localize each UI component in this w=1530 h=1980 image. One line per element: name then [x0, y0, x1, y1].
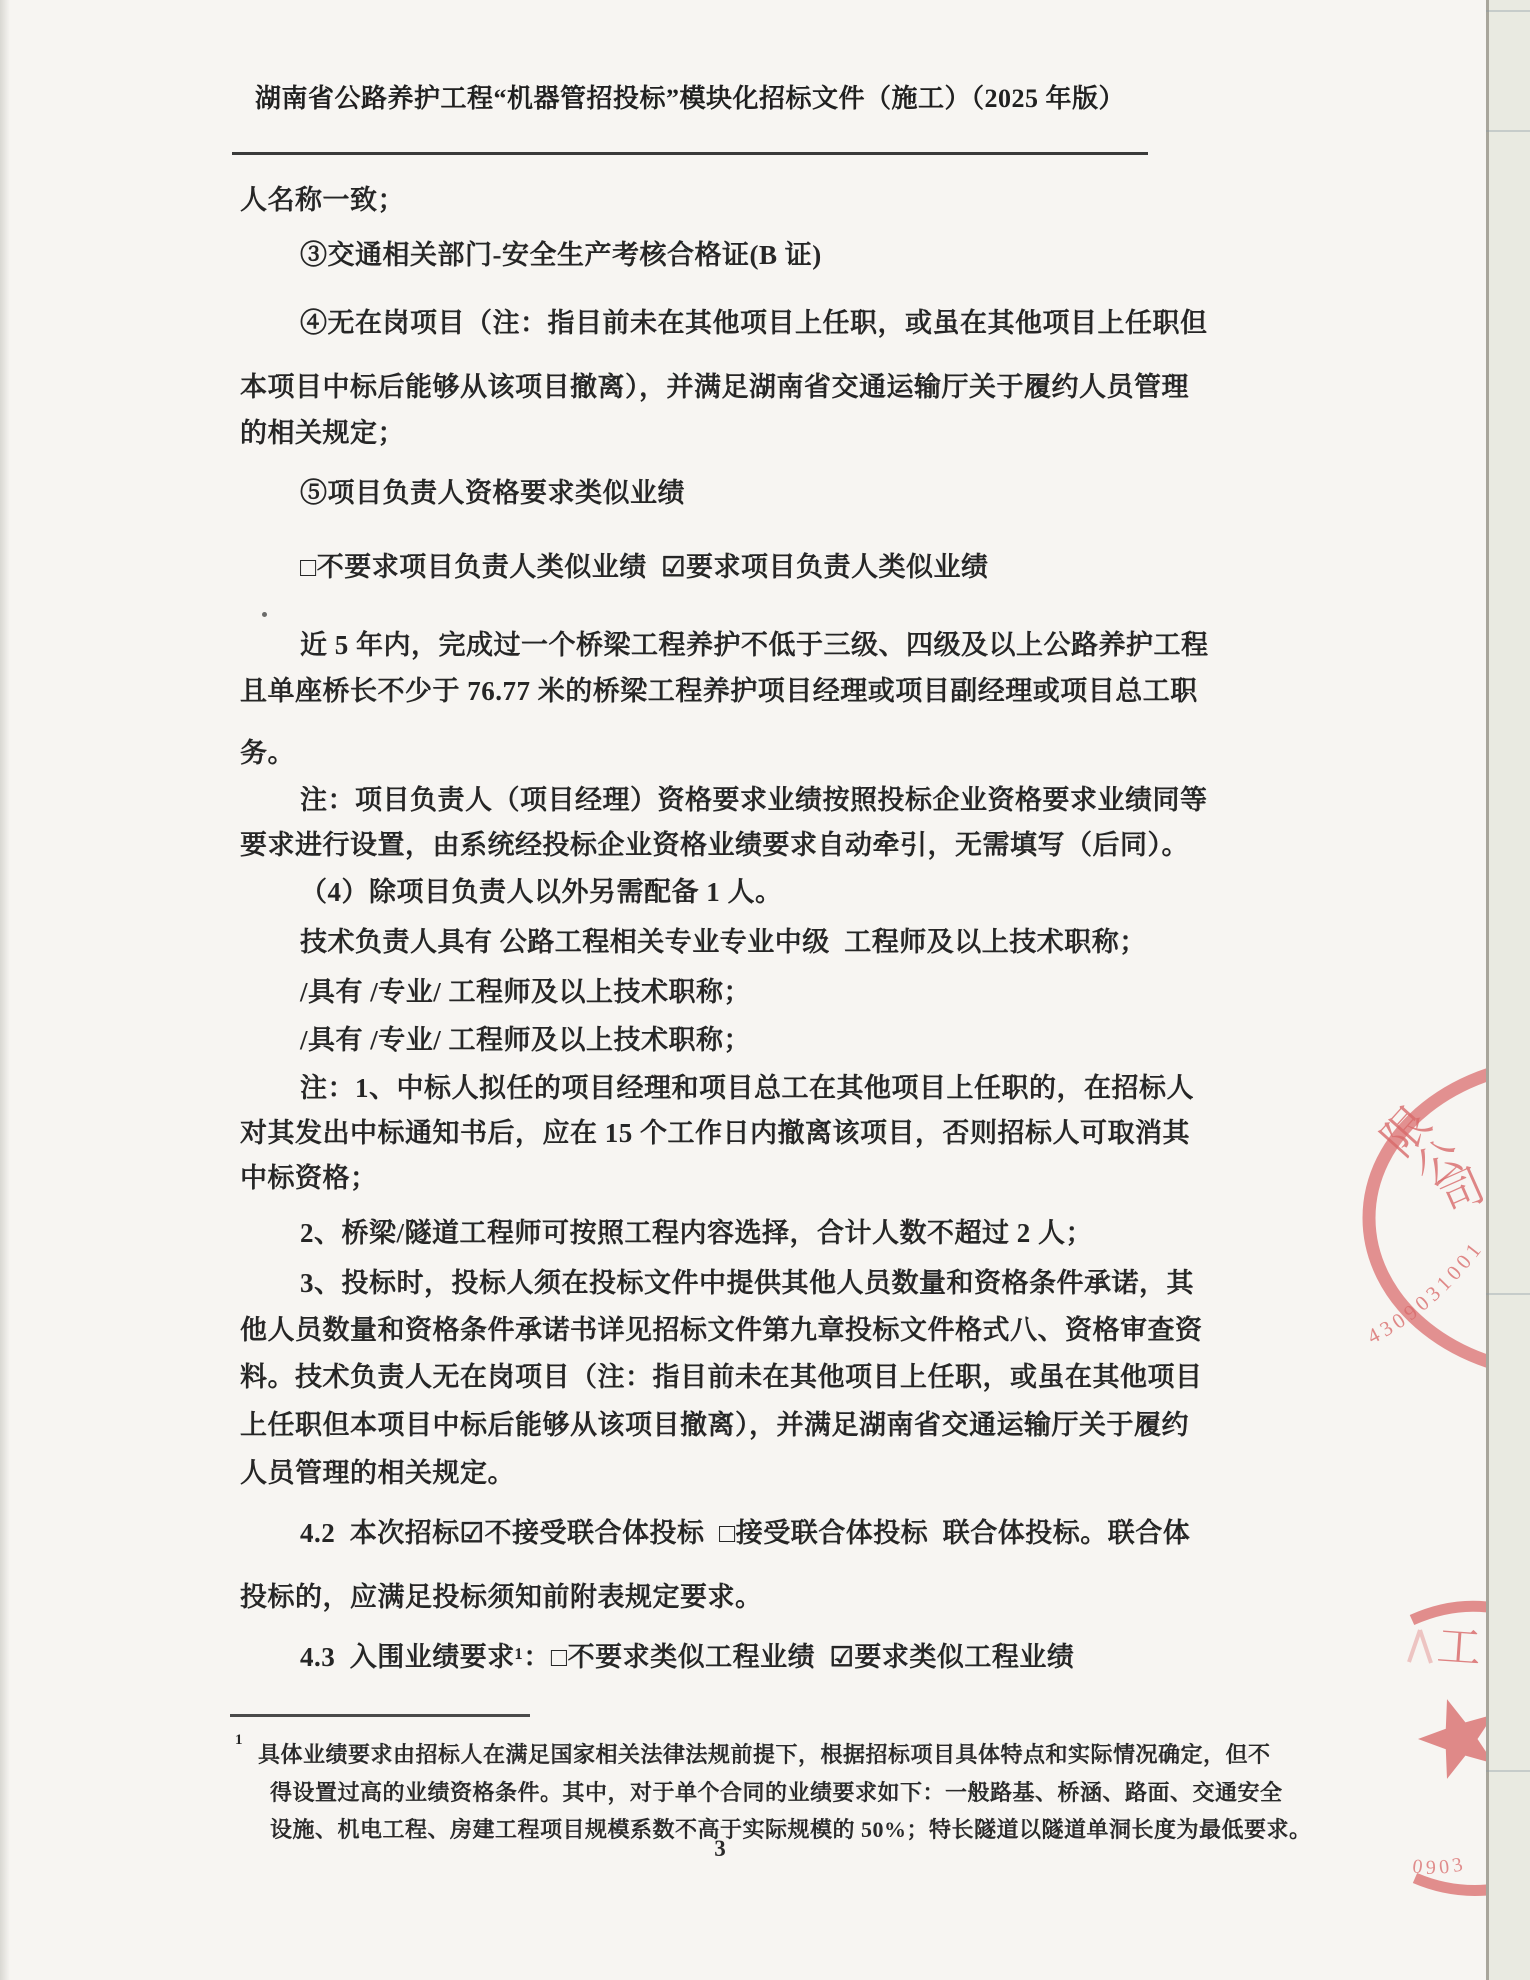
document-line: ⑤项目负责人资格要求类似业绩	[300, 476, 685, 510]
seal-faint-stroke	[1409, 1630, 1431, 1663]
document-line: 本项目中标后能够从该项目撤离），并满足湖南省交通运输厅关于履约人员管理	[240, 370, 1189, 404]
footnote-line: 具体业绩要求由招标人在满足国家相关法律法规前提下，根据招标项目具体特点和实际情况…	[258, 1740, 1271, 1770]
page-left-edge-shadow	[0, 0, 10, 1980]
background-page-line	[1486, 1293, 1530, 1295]
seal-serial-number: 4309031001	[1363, 1235, 1486, 1348]
seal-company-char: 公	[1406, 1129, 1473, 1197]
seal-inner-char: 工	[1435, 1622, 1482, 1674]
document-line: 人名称一致；	[240, 183, 405, 217]
company-seal-stamp-fragment: 限 公 司 4309031001	[1330, 1050, 1486, 1395]
document-line: 3、投标时，投标人须在投标文件中提供其他人员数量和资格条件承诺，其	[300, 1266, 1194, 1300]
document-line: 务。	[240, 736, 295, 770]
seal-company-char: 限	[1372, 1097, 1441, 1165]
document-line: /具有 /专业/ 工程师及以上技术职称；	[300, 975, 751, 1009]
document-line: 近 5 年内，完成过一个桥梁工程养护不低于三级、四级及以上公路养护工程	[300, 628, 1209, 662]
scan-background-strip	[1486, 0, 1530, 1980]
document-line: 注：1、中标人拟任的项目经理和项目总工在其他项目上任职的，在招标人	[300, 1071, 1194, 1105]
document-line: （4）除项目负责人以外另需配备 1 人。	[300, 875, 783, 909]
document-line: 4.3 入围业绩要求¹：□不要求类似工程业绩 ☑要求类似工程业绩	[300, 1640, 1074, 1674]
document-line: 人员管理的相关规定。	[240, 1456, 515, 1490]
document-line: ④无在岗项目（注：指目前未在其他项目上任职，或虽在其他项目上任职但	[300, 306, 1208, 340]
document-line: 上任职但本项目中标后能够从该项目撤离），并满足湖南省交通运输厅关于履约	[240, 1408, 1189, 1442]
background-page-line	[1486, 1770, 1530, 1772]
document-line: 且单座桥长不少于 76.77 米的桥梁工程养护项目经理或项目副经理或项目总工职	[240, 674, 1198, 708]
document-line: 技术负责人具有 公路工程相关专业专业中级 工程师及以上技术职称；	[300, 925, 1147, 959]
seal-top-arc	[1412, 1606, 1486, 1620]
header-divider-line	[232, 152, 1148, 155]
seal-outer-ring	[1369, 1062, 1486, 1374]
footnote-marker: 1	[235, 1732, 243, 1749]
document-line: /具有 /专业/ 工程师及以上技术职称；	[300, 1023, 751, 1057]
scanned-document-page: 湖南省公路养护工程“机器管招投标”模块化招标文件（施工）（2025 年版） 人名…	[0, 0, 1530, 1980]
background-page-line	[1486, 10, 1530, 12]
document-line: 2、桥梁/隧道工程师可按照工程内容选择，合计人数不超过 2 人；	[300, 1216, 1093, 1250]
background-page-line	[1486, 130, 1530, 132]
scan-speck	[262, 612, 267, 617]
footnote-line: 设施、机电工程、房建工程项目规模系数不高于实际规模的 50%；特长隧道以隧道单洞…	[270, 1815, 1312, 1845]
document-line: □不要求项目负责人类似业绩 ☑要求项目负责人类似业绩	[300, 550, 989, 584]
project-seal-stamp-fragment: 工 0903	[1400, 1590, 1486, 1900]
document-header-title: 湖南省公路养护工程“机器管招投标”模块化招标文件（施工）（2025 年版）	[230, 78, 1150, 115]
document-line: 料。技术负责人无在岗项目（注：指目前未在其他项目上任职，或虽在其他项目	[240, 1360, 1203, 1394]
document-line: 的相关规定；	[240, 416, 405, 450]
document-line: 投标的，应满足投标须知前附表规定要求。	[240, 1580, 763, 1614]
document-line: 中标资格；	[240, 1161, 378, 1195]
document-line: 4.2 本次招标☑不接受联合体投标 □接受联合体投标 联合体投标。联合体	[300, 1516, 1190, 1550]
seal-company-char: 司	[1432, 1160, 1486, 1223]
document-line: ③交通相关部门-安全生产考核合格证(B 证)	[300, 238, 822, 272]
seal-bottom-arc	[1415, 1878, 1486, 1891]
footnote-line: 得设置过高的业绩资格条件。其中，对于单个合同的业绩要求如下：一般路基、桥涵、路面…	[270, 1778, 1283, 1808]
seal-serial-number: 0903	[1411, 1853, 1468, 1879]
page-number: 3	[700, 1836, 740, 1862]
document-line: 注：项目负责人（项目经理）资格要求业绩按照投标企业资格要求业绩同等	[300, 783, 1208, 817]
seal-star-icon	[1418, 1699, 1486, 1779]
footnote-divider-line	[230, 1714, 530, 1717]
document-line: 对其发出中标通知书后，应在 15 个工作日内撤离该项目，否则招标人可取消其	[240, 1116, 1190, 1150]
document-line: 要求进行设置，由系统经投标企业资格业绩要求自动牵引，无需填写（后同）。	[240, 828, 1189, 862]
document-line: 他人员数量和资格条件承诺书详见招标文件第九章投标文件格式八、资格审查资	[240, 1313, 1203, 1347]
